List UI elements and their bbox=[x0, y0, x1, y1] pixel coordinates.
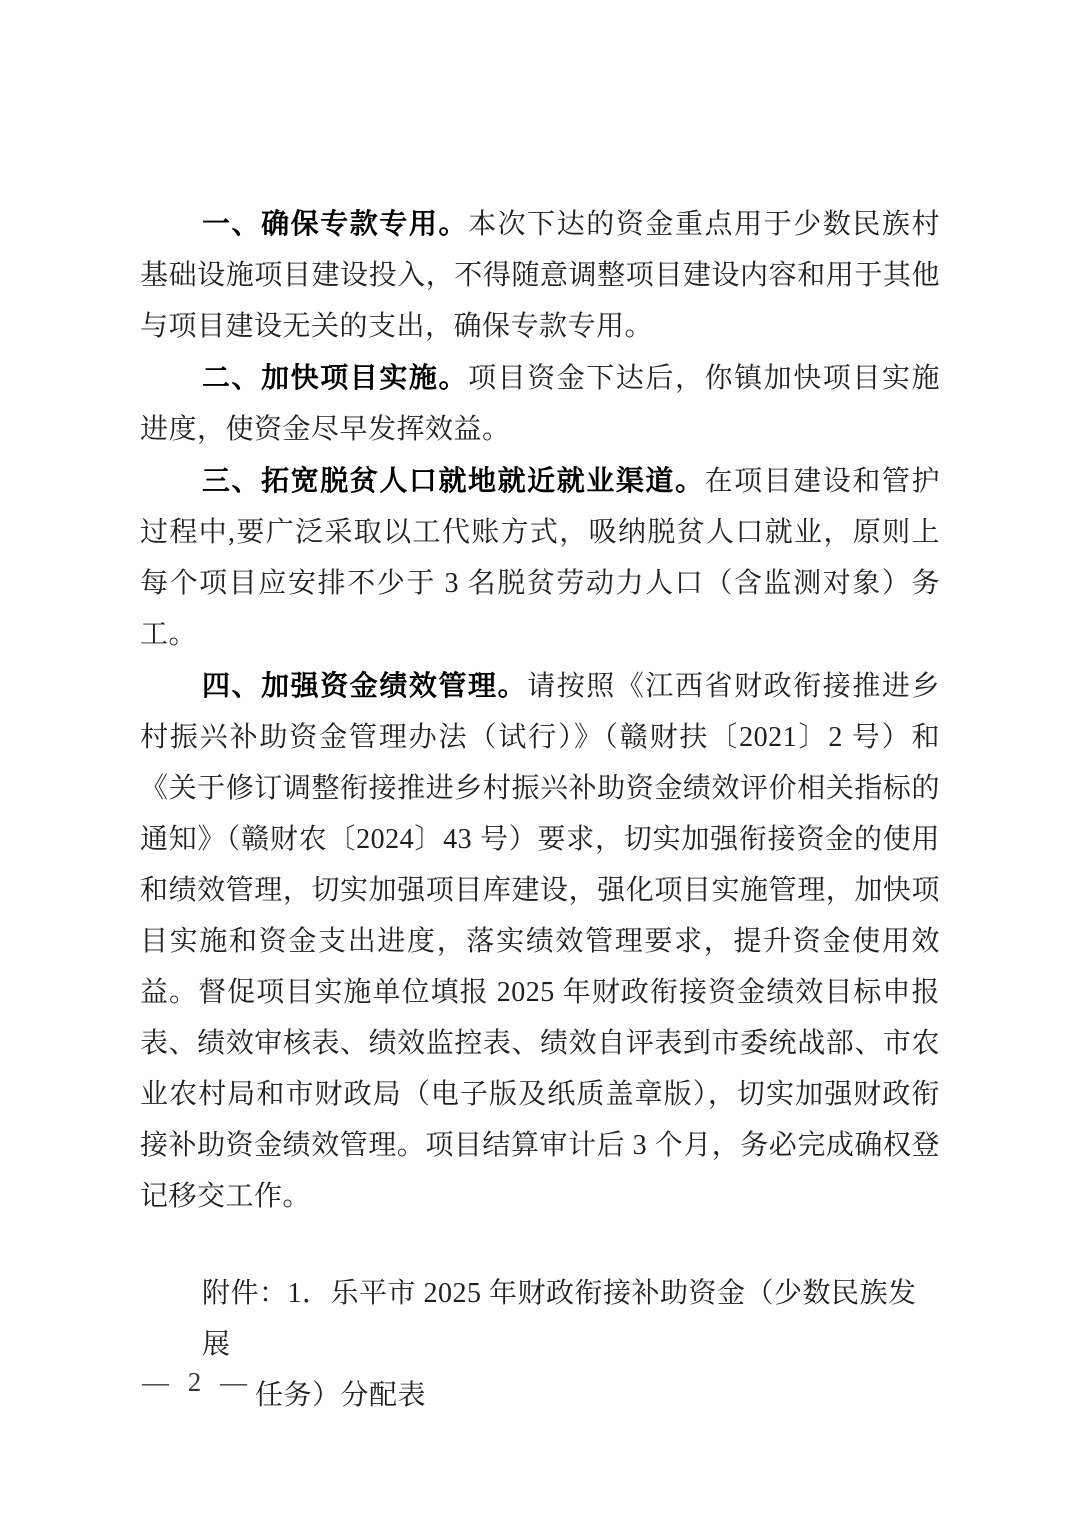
attachment-section: 附件：1．乐平市 2025 年财政衔接补助资金（少数民族发展 任务）分配表 bbox=[140, 1268, 940, 1421]
paragraph-ensure-dedicated-funds: 一、确保专款专用。本次下达的资金重点用于少数民族村基础设施项目建设投入，不得随意… bbox=[140, 198, 940, 352]
paragraph-4-text: 请按照《江西省财政衔接推进乡村振兴补助资金管理办法（试行）》（赣财扶〔2021〕… bbox=[140, 671, 940, 1212]
paragraph-performance-management: 四、加强资金绩效管理。请按照《江西省财政衔接推进乡村振兴补助资金管理办法（试行）… bbox=[140, 660, 940, 1222]
document-page: 一、确保专款专用。本次下达的资金重点用于少数民族村基础设施项目建设投入，不得随意… bbox=[0, 0, 1074, 1520]
paragraph-4-heading: 四、加强资金绩效管理。 bbox=[202, 670, 527, 701]
paragraph-speed-up-implementation: 二、加快项目实施。项目资金下达后，你镇加快项目实施进度，使资金尽早发挥效益。 bbox=[140, 352, 940, 455]
attachment-line-2: 任务）分配表 bbox=[140, 1370, 940, 1421]
page-number: — 2 — bbox=[142, 1366, 247, 1398]
paragraph-1-heading: 一、确保专款专用。 bbox=[202, 208, 468, 239]
paragraph-2-heading: 二、加快项目实施。 bbox=[202, 362, 468, 393]
paragraph-3-heading: 三、拓宽脱贫人口就地就近就业渠道。 bbox=[202, 465, 705, 496]
paragraph-expand-employment: 三、拓宽脱贫人口就地就近就业渠道。在项目建设和管护过程中,要广泛采取以工代账方式… bbox=[140, 455, 940, 660]
document-body: 一、确保专款专用。本次下达的资金重点用于少数民族村基础设施项目建设投入，不得随意… bbox=[140, 198, 940, 1421]
attachment-line-1: 附件：1．乐平市 2025 年财政衔接补助资金（少数民族发展 bbox=[140, 1268, 940, 1370]
